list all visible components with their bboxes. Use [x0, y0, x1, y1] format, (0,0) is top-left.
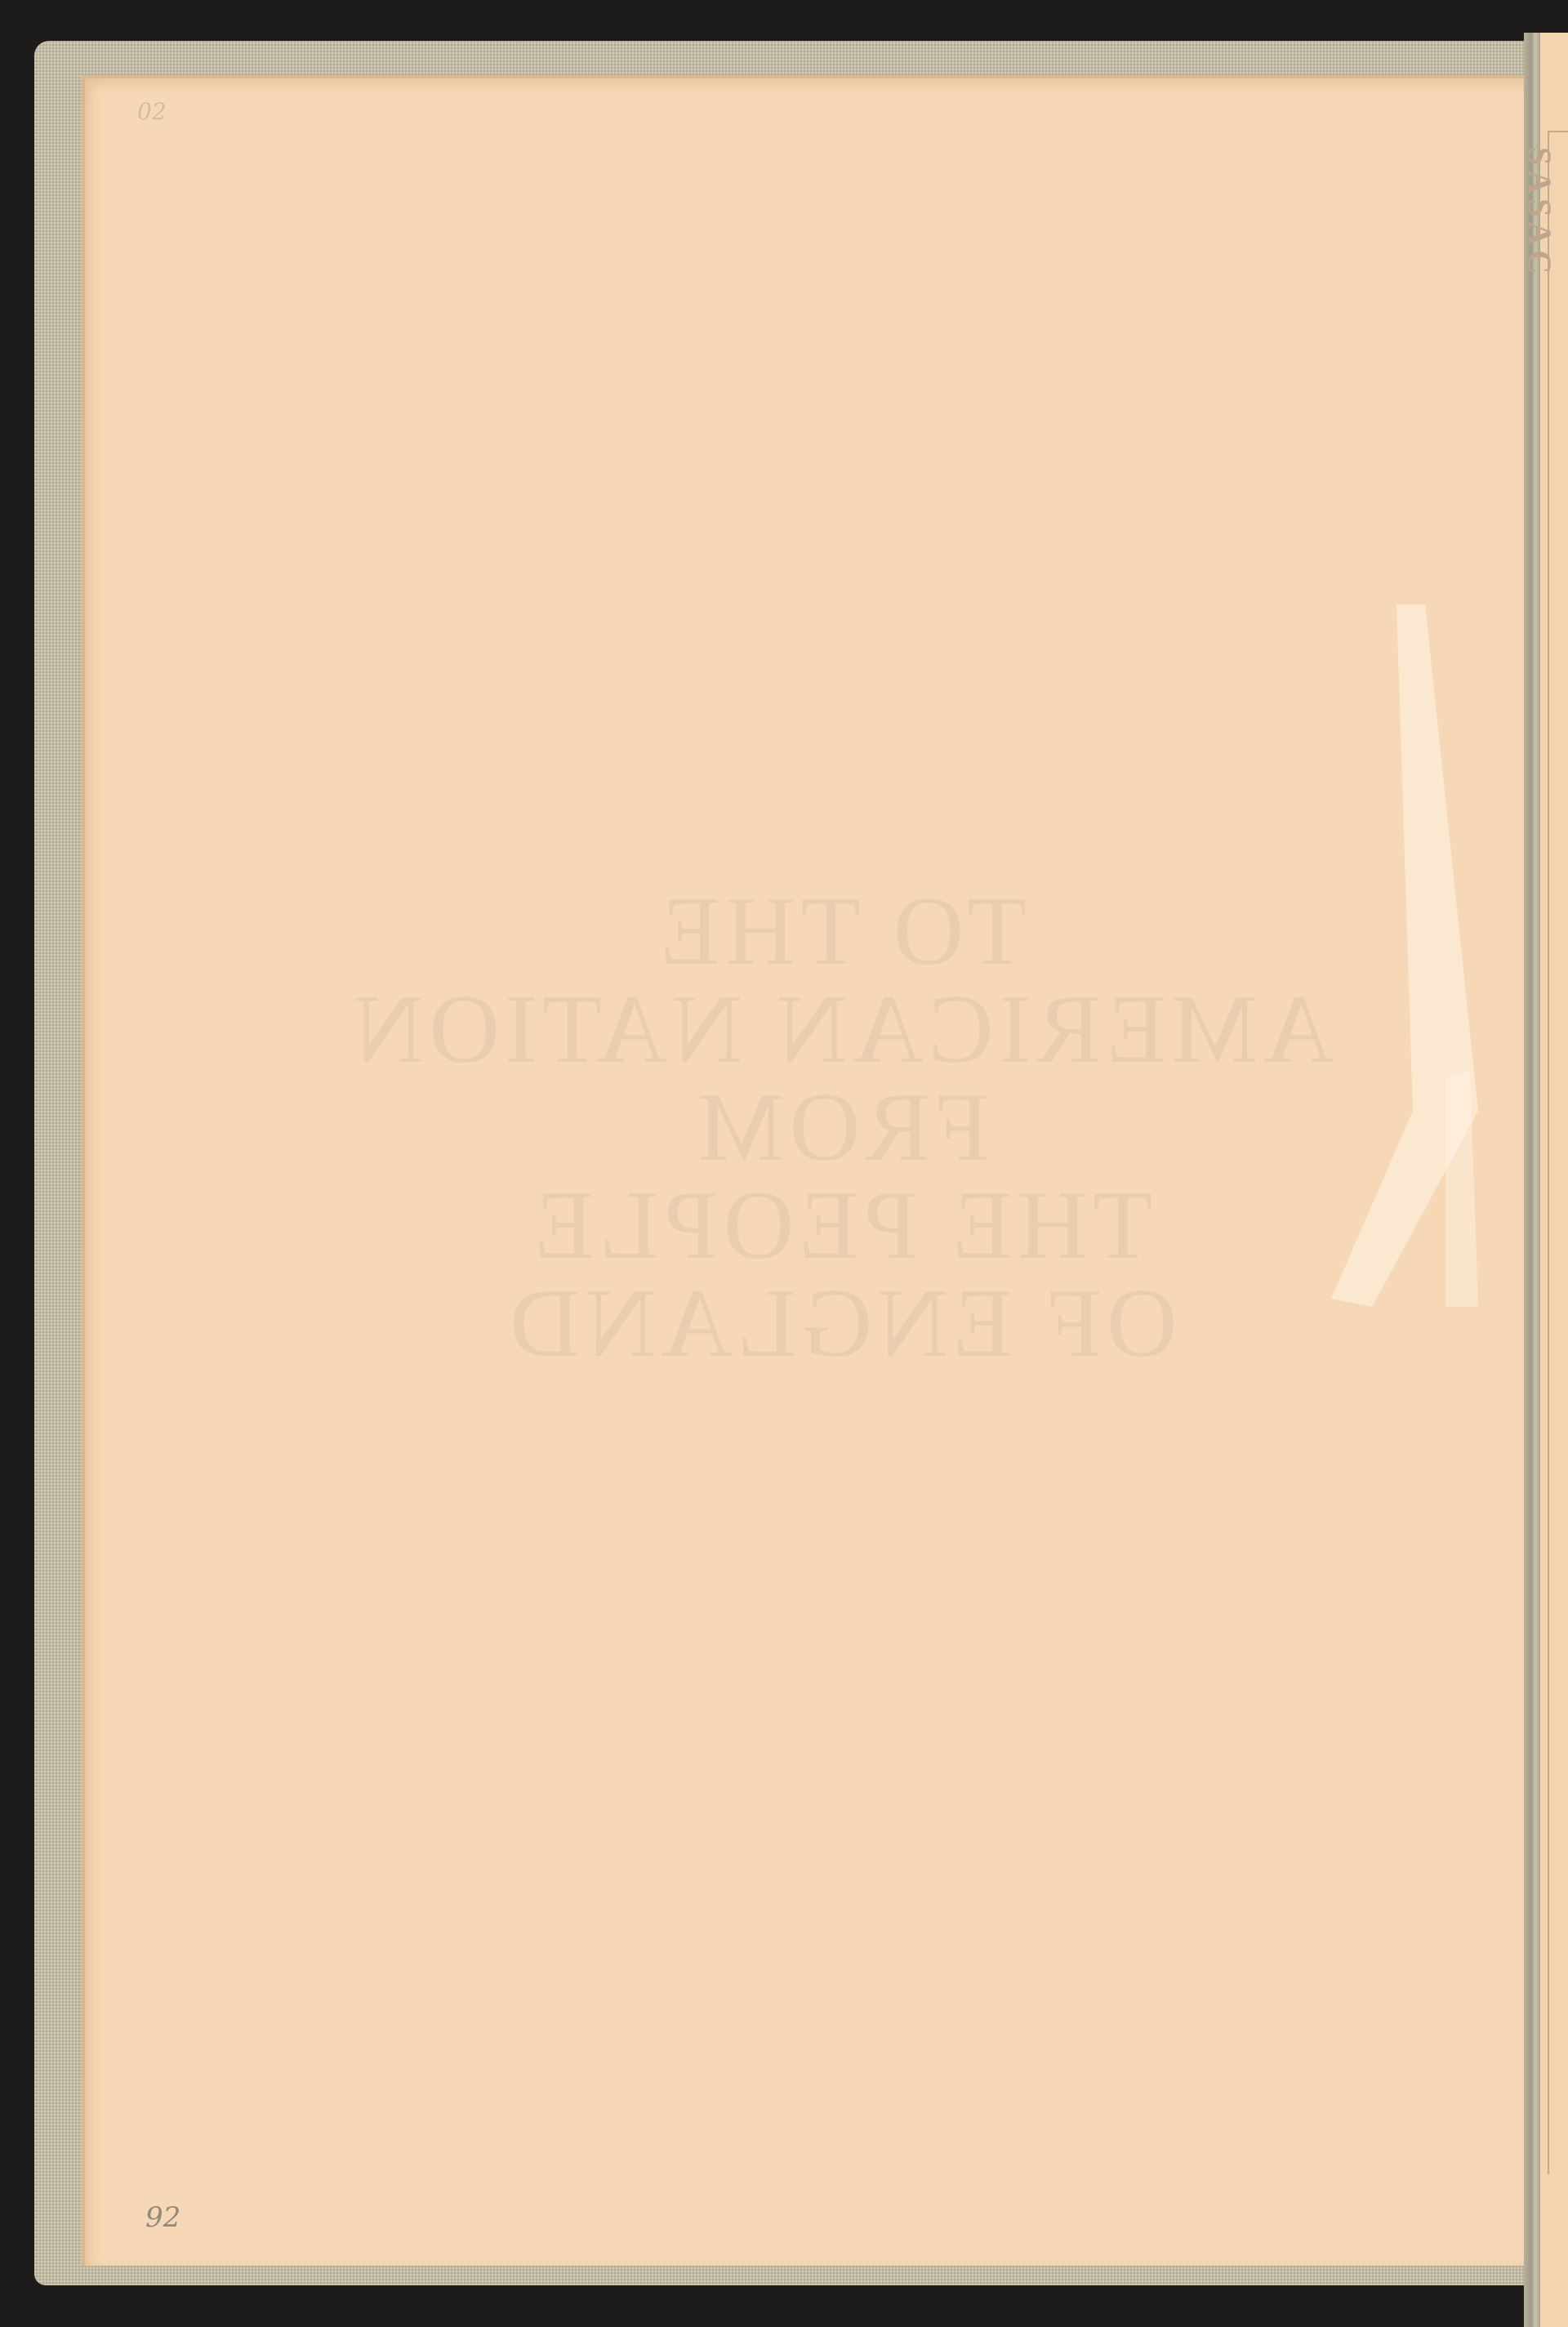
book-gutter	[1524, 33, 1540, 2327]
decorative-frame	[1548, 131, 1568, 2174]
show-through-text: TO THE AMERICAN NATION FROM THE PEOPLE O…	[310, 882, 1372, 1372]
ghost-line-4: THE PEOPLE	[310, 1176, 1372, 1274]
facing-page-letters: SASAC	[1550, 147, 1568, 279]
ghost-line-2: AMERICAN NATION	[310, 980, 1372, 1078]
erased-pencil-mark: 02	[137, 98, 167, 125]
ghost-line-1: TO THE	[310, 882, 1372, 980]
pencil-page-number: 92	[145, 2201, 180, 2234]
abrasion-mark	[1323, 588, 1503, 1323]
ghost-line-5: OF ENGLAND	[310, 1274, 1372, 1372]
ghost-line-3: FROM	[310, 1078, 1372, 1176]
